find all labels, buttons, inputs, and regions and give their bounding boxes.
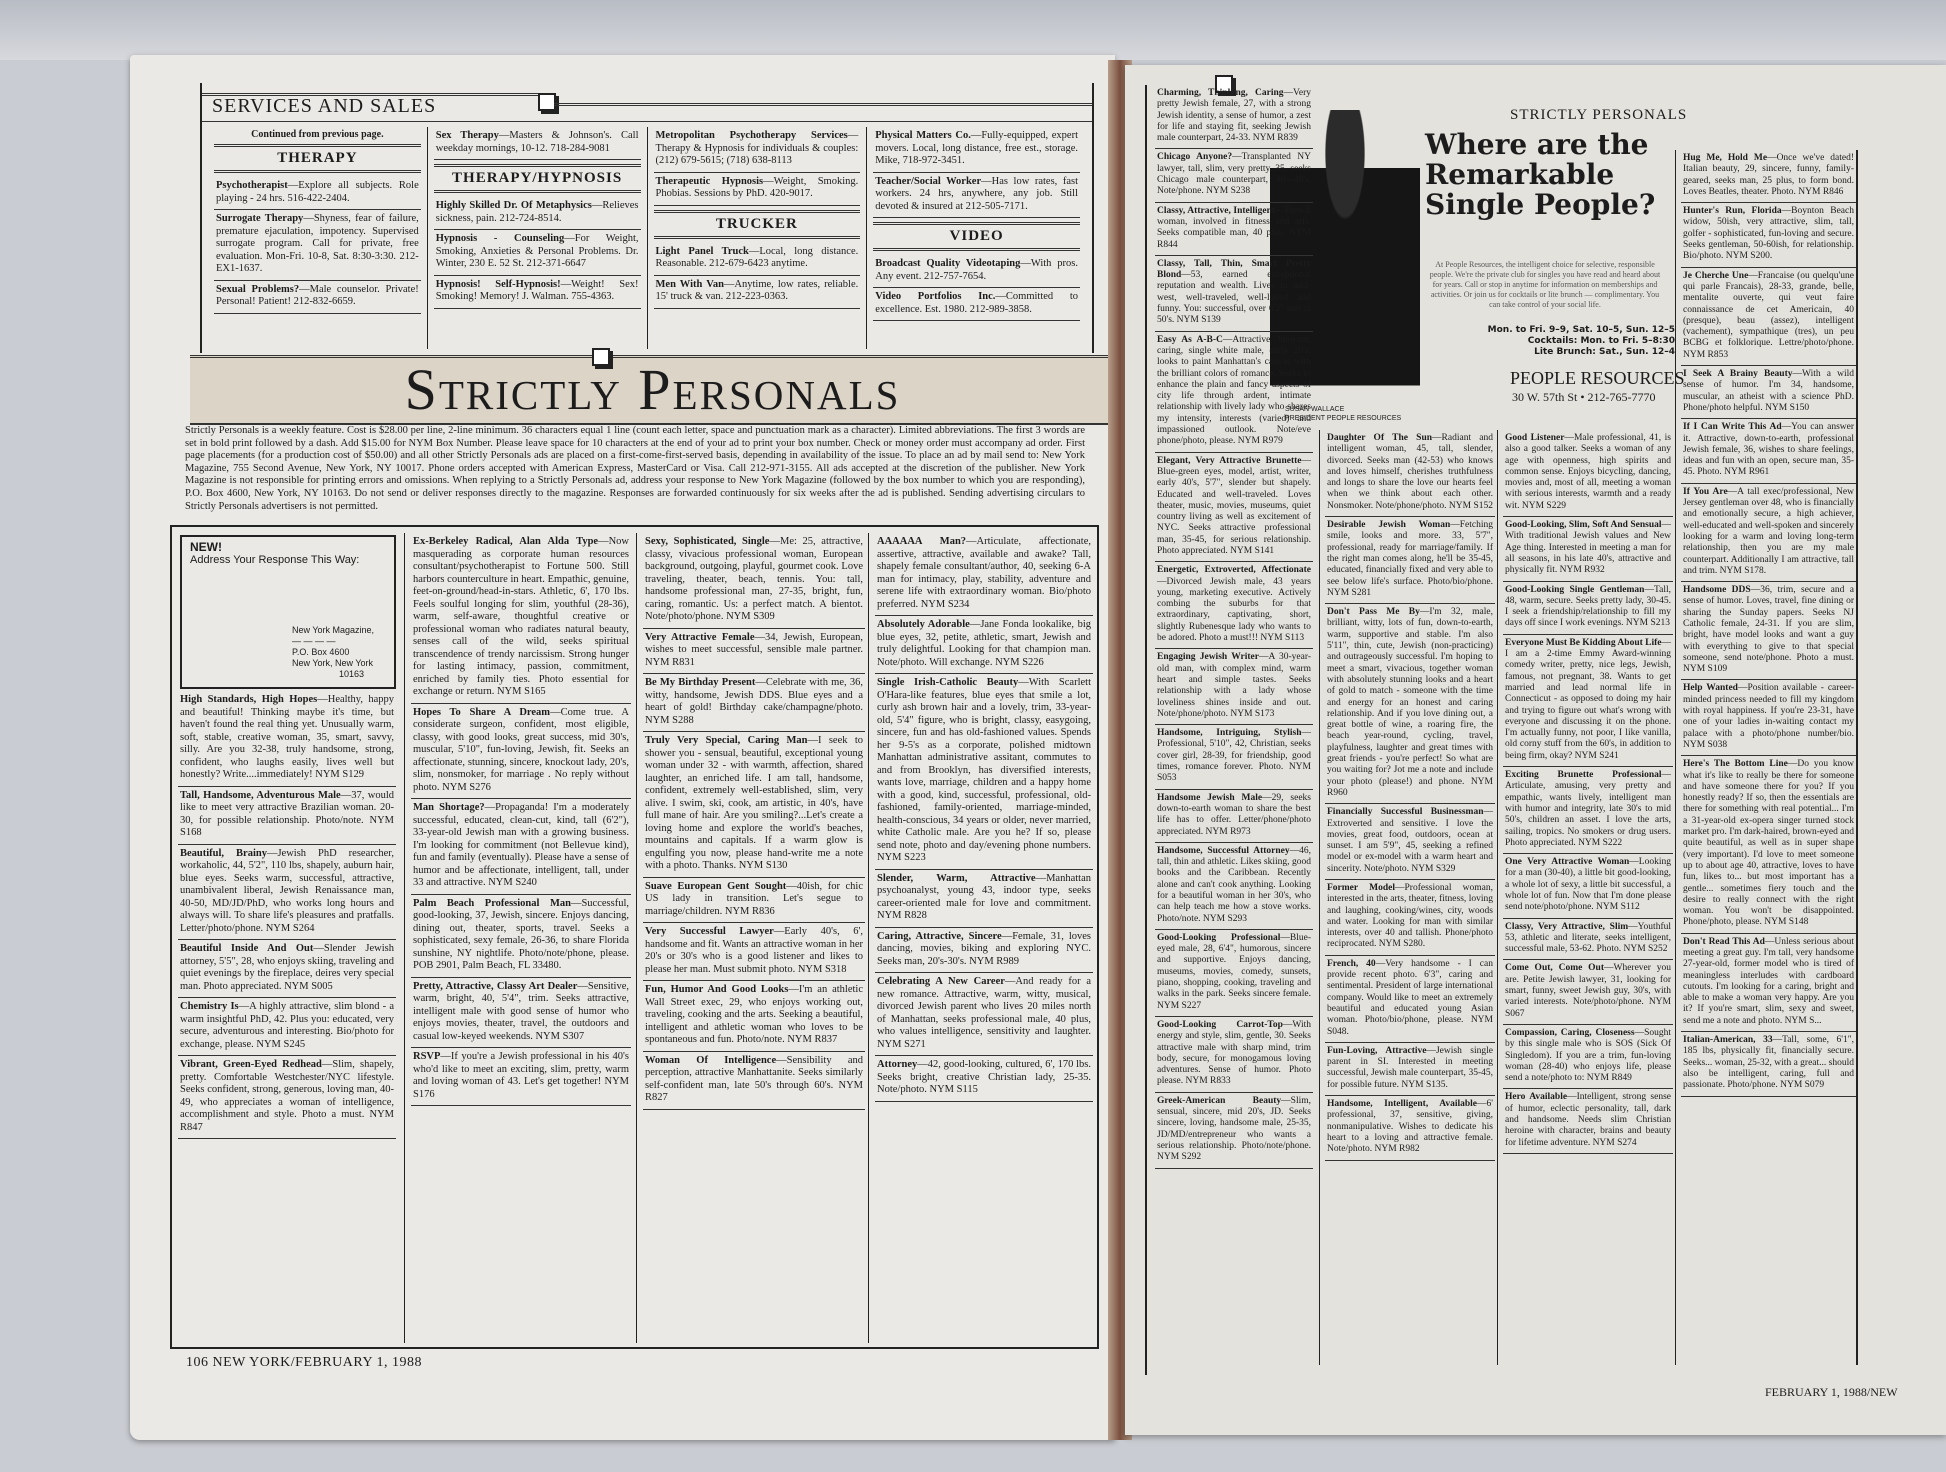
background-surface xyxy=(0,0,1946,60)
ad-body: Me: 25, attractive, classy, vivacious pr… xyxy=(645,536,863,622)
dash: — xyxy=(749,246,760,257)
services-frame: SERVICES AND SALES Continued from previo… xyxy=(200,83,1094,353)
ad-headline: Hug Me, Hold Me xyxy=(1683,153,1767,163)
personal-ad: Truly Very Special, Caring Man—I seek to… xyxy=(643,732,865,878)
personal-ad: Good-Looking Carrot-Top—With energy and … xyxy=(1155,1017,1313,1093)
intro-paragraph: Strictly Personals is a weekly feature. … xyxy=(185,425,1085,513)
ad-headline: Desirable Jewish Woman xyxy=(1327,520,1450,530)
listing-body: Therapy & Hypnosis for individuals & cou… xyxy=(656,143,859,167)
ad-body: Professional, 5'10", 42, Christian, seek… xyxy=(1157,739,1311,783)
ad-headline: Very Successful Lawyer xyxy=(645,926,774,937)
ad-headline: If I Can Write This Ad xyxy=(1683,422,1782,432)
listing-title: Highly Skilled Dr. Of Metaphysics xyxy=(436,200,592,211)
dash: — xyxy=(1302,456,1312,466)
ad-body: 46, tall, thin and athletic. Likes skiin… xyxy=(1157,846,1311,924)
ad-headline: Man Shortage? xyxy=(413,802,485,813)
dash: — xyxy=(561,279,572,290)
ad-headline: Single Irish-Catholic Beauty xyxy=(877,677,1018,688)
dash: — xyxy=(239,1001,250,1012)
ad-headline: Be My Birthday Present xyxy=(645,677,755,688)
dash: — xyxy=(1728,487,1738,497)
dash: — xyxy=(1662,770,1672,780)
personal-ad: Be My Birthday Present—Celebrate with me… xyxy=(643,674,865,732)
ad-body: Unless serious about meeting a great guy… xyxy=(1683,937,1854,1026)
services-listing: Broadcast Quality Videotaping—With pros.… xyxy=(873,255,1080,288)
listing-title: Metropolitan Psychotherapy Services xyxy=(656,130,848,141)
ad-headline: Celebrating A New Career xyxy=(877,976,1005,987)
services-listing: Highly Skilled Dr. Of Metaphysics—Reliev… xyxy=(434,197,641,230)
services-listing: Hypnosis! Self-Hypnosis!—Weight! Sex! Sm… xyxy=(434,276,641,309)
personal-ad: Exciting Brunette Professional—Articulat… xyxy=(1503,767,1673,854)
address-lines: New York Magazine, — — — — P.O. Box 4600… xyxy=(292,625,374,680)
personal-ad: One Very Attractive Woman—Looking for a … xyxy=(1503,854,1673,918)
personal-ad: Ex-Berkeley Radical, Alan Alda Type—Now … xyxy=(411,533,631,704)
personal-ad: Caring, Attractive, Sincere—Female, 31, … xyxy=(875,928,1093,974)
ad-body: And ready for a new romance. Attractive,… xyxy=(877,976,1091,1050)
ad-headline: Pretty, Attractive, Classy Art Dealer xyxy=(413,981,577,992)
ad-headline: Absolutely Adorable xyxy=(877,619,970,630)
listing-title: Psychotherapist xyxy=(216,180,288,191)
dash: — xyxy=(598,536,609,547)
section-box-icon xyxy=(538,93,556,111)
personal-ad: Absolutely Adorable—Jane Fonda lookalike… xyxy=(875,616,1093,674)
dash: — xyxy=(341,790,352,801)
dash: — xyxy=(1284,88,1294,98)
personals-column-1: High Standards, High Hopes—Healthy, happ… xyxy=(178,691,396,1343)
services-listing: Light Panel Truck—Local, long distance. … xyxy=(654,243,861,276)
dash: — xyxy=(1564,433,1574,443)
services-columns: Continued from previous page.THERAPYPsyc… xyxy=(208,127,1086,349)
personal-ad: Hero Available—Intelligent, strong sense… xyxy=(1503,1089,1673,1153)
dash: — xyxy=(970,619,981,630)
ad-body: Propaganda! I'm a moderately successful,… xyxy=(413,802,629,888)
personals-column-2: Ex-Berkeley Radical, Alan Alda Type—Now … xyxy=(404,533,631,1343)
dash: — xyxy=(786,881,797,892)
personal-ad: Sexy, Sophisticated, Single—Me: 25, attr… xyxy=(643,533,865,629)
ad-headline: Engaging Jewish Writer xyxy=(1157,652,1259,662)
ad-headline: Former Model xyxy=(1327,883,1395,893)
ad-body: Very handsome - I can provide recent pho… xyxy=(1327,959,1493,1037)
listing-title: Video Portfolios Inc. xyxy=(875,291,995,302)
listing-title: Light Panel Truck xyxy=(656,246,749,257)
personal-ad: Hopes To Share A Dream—Come true. A cons… xyxy=(411,704,631,800)
dash: — xyxy=(288,180,299,191)
dash: — xyxy=(769,536,780,547)
dash: — xyxy=(1376,959,1386,969)
ad-headline: RSVP xyxy=(413,1051,440,1062)
listing-title: Men With Van xyxy=(656,279,724,290)
personal-ad: I Seek A Brainy Beauty—With a wild sense… xyxy=(1681,366,1856,419)
dash: — xyxy=(1635,1028,1645,1038)
services-listing: Metropolitan Psychotherapy Services—Ther… xyxy=(654,127,861,173)
header-rule-right xyxy=(554,103,1092,106)
dash: — xyxy=(1432,433,1442,443)
dash: — xyxy=(1484,807,1494,817)
dash: — xyxy=(1628,922,1638,932)
dash: — xyxy=(788,984,799,995)
ad-body: Divorced Jewish male, 43 years young, ma… xyxy=(1157,577,1311,643)
ad-headline: Good-Looking Professional xyxy=(1157,933,1280,943)
personal-ad: Handsome, Intelligent, Available—6' prof… xyxy=(1325,1096,1495,1160)
right-personals-column-1: Charming, Thinking, Caring—Very pretty J… xyxy=(1155,85,1313,1365)
dash: — xyxy=(1450,520,1460,530)
ad-headline: AAAAAA Man? xyxy=(877,536,966,547)
ad-headline: Palm Beach Professional Man xyxy=(413,898,571,909)
address-line: New York, New York xyxy=(292,658,374,669)
personal-ad: Man Shortage?—Propaganda! I'm a moderate… xyxy=(411,799,631,895)
dash: — xyxy=(1002,931,1013,942)
dash: — xyxy=(1782,206,1792,216)
personal-ad: Help Wanted—Position available - career-… xyxy=(1681,680,1856,756)
dash: — xyxy=(1420,607,1430,617)
ad-headline: Fun, Humor And Good Looks xyxy=(645,984,788,995)
services-listing: Sexual Problems?—Male counselor. Private… xyxy=(214,281,421,314)
ad-body: I am a 2-time Emmy Award-winning comedy … xyxy=(1505,649,1671,761)
dash: — xyxy=(971,130,982,141)
new-label: NEW! xyxy=(190,540,386,554)
personal-ad: Fun, Humor And Good Looks—I'm an athleti… xyxy=(643,981,865,1052)
ad-body: I'm 32, male, brilliant, witty, lots of … xyxy=(1327,607,1493,798)
ad-body: Articulate, amusing, very pretty and emp… xyxy=(1505,781,1671,847)
personal-ad: AAAAAA Man?—Articulate, affectionate, as… xyxy=(875,533,1093,616)
listing-title: Sexual Problems? xyxy=(216,284,299,295)
ad-headline: Classy, Attractive, Intelligent xyxy=(1157,206,1275,216)
ad-headline: Suave European Gent Sought xyxy=(645,881,786,892)
ad-headline: Greek-American Beauty xyxy=(1157,1096,1281,1106)
personals-column-4: AAAAAA Man?—Articulate, affectionate, as… xyxy=(868,533,1093,1343)
ad-headline: Good-Looking Carrot-Top xyxy=(1157,1020,1283,1030)
personal-ad: Italian-American, 33—Tall, some, 6'1", 1… xyxy=(1681,1032,1856,1096)
ad-headline: Ex-Berkeley Radical, Alan Alda Type xyxy=(413,536,598,547)
dash: — xyxy=(995,291,1006,302)
dash: — xyxy=(1302,728,1312,738)
ad-headline: Slender, Warm, Attractive xyxy=(877,873,1036,884)
listing-title: Sex Therapy xyxy=(436,130,499,141)
ad-headline: French, 40 xyxy=(1327,959,1376,969)
dash: — xyxy=(755,632,766,643)
personal-ad: Engaging Jewish Writer—A 30-year-old man… xyxy=(1155,649,1313,725)
address-box: NEW! Address Your Response This Way: New… xyxy=(180,535,396,689)
ad-headline: Energetic, Extroverted, Affectionate xyxy=(1157,565,1311,575)
dash: — xyxy=(550,707,561,718)
dash: — xyxy=(440,1051,451,1062)
personal-ad: Classy, Tall, Thin, Smart Pretty Blond—5… xyxy=(1155,256,1313,332)
dash: — xyxy=(1020,258,1031,269)
address-line: — — — — xyxy=(292,636,374,647)
personal-ad: Financially Successful Businessman—Extro… xyxy=(1325,804,1495,880)
personal-ad: Elegant, Very Attractive Brunette—Blue-g… xyxy=(1155,453,1313,563)
page-footer: 106 NEW YORK/FEBRUARY 1, 1988 xyxy=(186,1355,422,1371)
address-line: P.O. Box 4600 xyxy=(292,647,374,658)
ad-body: Jewish PhD researcher, workaholic, 44, 5… xyxy=(180,848,394,934)
personal-ad: Beautiful, Brainy—Jewish PhD researcher,… xyxy=(178,845,396,941)
ad-headline: Everyone Must Be Kidding About Life xyxy=(1505,638,1662,648)
left-page: SERVICES AND SALES Continued from previo… xyxy=(130,55,1115,1440)
ad-headline: Very Attractive Female xyxy=(645,632,755,643)
dash: — xyxy=(1793,369,1803,379)
personal-ad: Tall, Handsome, Adventurous Male—37, wou… xyxy=(178,787,396,845)
dash: — xyxy=(1773,1035,1783,1045)
ad-headline: If You Are xyxy=(1683,487,1728,497)
dash: — xyxy=(564,233,575,244)
services-column: Sex Therapy—Masters & Johnson's. Call we… xyxy=(427,127,647,349)
listing-title: Hypnosis! Self-Hypnosis! xyxy=(436,279,561,290)
listing-title: Teacher/Social Worker xyxy=(875,176,981,187)
ad-headline: Classy, Very Attractive, Slim xyxy=(1505,922,1628,932)
personal-ad: Hug Me, Hold Me—Once we've dated! Italia… xyxy=(1681,150,1856,203)
ad-headline: Exciting Brunette Professional xyxy=(1505,770,1662,780)
ad-headline: Italian-American, 33 xyxy=(1683,1035,1773,1045)
ad-body: Blue-eyed male, 28, 6'4", humorous, sinc… xyxy=(1157,933,1311,1011)
ad-body: Extroverted and sensitive. I love the mo… xyxy=(1327,819,1493,874)
personal-ad: Good-Looking Single Gentleman—Tall, 48, … xyxy=(1503,582,1673,635)
personal-ad: High Standards, High Hopes—Healthy, happ… xyxy=(178,691,396,787)
personal-ad: Very Successful Lawyer—Early 40's, 6', h… xyxy=(643,923,865,981)
personal-ad: Easy As A-B-C—Attractive, buoyant, carin… xyxy=(1155,332,1313,453)
dash: — xyxy=(1036,873,1047,884)
ad-headline: Good Listener xyxy=(1505,433,1564,443)
personal-ad: Chicago Anyone?—Transplanted NY lawyer, … xyxy=(1155,149,1313,202)
dash: — xyxy=(1005,976,1016,987)
services-category-heading: VIDEO xyxy=(873,222,1080,251)
dash: — xyxy=(763,176,774,187)
dash: — xyxy=(1157,577,1167,587)
ad-headline: Charming, Thinking, Caring xyxy=(1157,88,1284,98)
personal-ad: Attorney—42, good-looking, cultured, 6',… xyxy=(875,1056,1093,1102)
personal-ad: Woman Of Intelligence—Sensibility and pe… xyxy=(643,1052,865,1110)
ad-body: Male professional, 41, is also a good ta… xyxy=(1505,433,1671,511)
right-personals-column-4: Hug Me, Hold Me—Once we've dated! Italia… xyxy=(1675,150,1858,1365)
personal-ad: Classy, Very Attractive, Slim—Youthful 5… xyxy=(1503,919,1673,961)
personal-ad: Handsome Jewish Male—29, seeks down-to-e… xyxy=(1155,790,1313,843)
dash: — xyxy=(1788,759,1798,769)
right-page: STRICTLY PERSONALS SUSAN WALLACE PRESIDE… xyxy=(1125,65,1946,1435)
dash: — xyxy=(1782,422,1792,432)
ad-headline: Come Out, Come Out xyxy=(1505,963,1604,973)
personal-ad: Celebrating A New Career—And ready for a… xyxy=(875,973,1093,1056)
services-listing: Sex Therapy—Masters & Johnson's. Call we… xyxy=(434,127,641,160)
dash: — xyxy=(577,981,588,992)
personal-ad: Greek-American Beauty—Slim, sensual, sin… xyxy=(1155,1093,1313,1169)
ad-headline: Daughter Of The Sun xyxy=(1327,433,1432,443)
ad-headline: Elegant, Very Attractive Brunette xyxy=(1157,456,1302,466)
dash: — xyxy=(267,848,278,859)
personal-ad: Suave European Gent Sought—40ish, for ch… xyxy=(643,878,865,924)
address-line: 10163 xyxy=(292,669,374,680)
ad-body: Now masquerading as corporate human reso… xyxy=(413,536,629,697)
personal-ad: Slender, Warm, Attractive—Manhattan psyc… xyxy=(875,870,1093,928)
personal-ad: If I Can Write This Ad—You can answer it… xyxy=(1681,419,1856,483)
ad-body: With traditional Jewish values and New A… xyxy=(1505,531,1671,575)
services-listing: Psychotherapist—Explore all subjects. Ro… xyxy=(214,177,421,210)
dash: — xyxy=(1426,1046,1436,1056)
ad-headline: Vibrant, Green-Eyed Redhead xyxy=(180,1059,322,1070)
ad-headline: Compassion, Caring, Closeness xyxy=(1505,1028,1635,1038)
services-listing: Teacher/Social Worker—Has low rates, fas… xyxy=(873,173,1080,219)
listing-title: Therapeutic Hypnosis xyxy=(656,176,764,187)
personal-ad: Desirable Jewish Woman—Fetching smile, l… xyxy=(1325,517,1495,604)
personal-ad: French, 40—Very handsome - I can provide… xyxy=(1325,956,1495,1043)
ad-body: Blue-green eyes, model, artist, writer, … xyxy=(1157,467,1311,556)
ad-headline: Easy As A-B-C xyxy=(1157,335,1223,345)
dash: — xyxy=(1765,937,1775,947)
dash: — xyxy=(1280,933,1290,943)
ad-headline: Help Wanted xyxy=(1683,683,1738,693)
address-line: New York Magazine, xyxy=(292,625,374,636)
ad-headline: Woman Of Intelligence xyxy=(645,1055,776,1066)
personal-ad: Former Model—Professional woman, interes… xyxy=(1325,880,1495,956)
ad-body: A tall exec/professional, New Jersey gen… xyxy=(1683,487,1854,576)
ad-headline: One Very Attractive Woman xyxy=(1505,857,1629,867)
ad-headline: Good-Looking Single Gentleman xyxy=(1505,585,1644,595)
dash: — xyxy=(1181,270,1191,280)
personals-column-3: Sexy, Sophisticated, Single—Me: 25, attr… xyxy=(636,533,865,1343)
personals-frame: NEW! Address Your Response This Way: New… xyxy=(170,525,1099,1349)
dash: — xyxy=(774,926,785,937)
services-column: Metropolitan Psychotherapy Services—Ther… xyxy=(647,127,867,349)
personal-ad: Daughter Of The Sun—Radiant and intellig… xyxy=(1325,430,1495,517)
services-listing: Therapeutic Hypnosis—Weight, Smoking. Ph… xyxy=(654,173,861,206)
listing-title: Surrogate Therapy xyxy=(216,213,303,224)
personal-ad: Handsome DDS—36, trim, secure and a sens… xyxy=(1681,582,1856,680)
ad-headline: Caring, Attractive, Sincere xyxy=(877,931,1002,942)
personal-ad: Here's The Bottom Line—Do you know what … xyxy=(1681,756,1856,933)
address-instruction: Address Your Response This Way: xyxy=(190,554,386,566)
ad-headline: Handsome, Intriguing, Stylish xyxy=(1157,728,1302,738)
dash: — xyxy=(1283,1020,1293,1030)
dash: — xyxy=(1477,1099,1487,1109)
services-section-header: SERVICES AND SALES xyxy=(212,95,436,118)
dash: — xyxy=(1567,1092,1577,1102)
listing-title: Broadcast Quality Videotaping xyxy=(875,258,1020,269)
personal-ad: Handsome, Successful Attorney—46, tall, … xyxy=(1155,843,1313,930)
ad-headline: High Standards, High Hopes xyxy=(180,694,317,705)
ad-body: I seek to shower you - sensual, beautifu… xyxy=(645,735,863,871)
personal-ad: Single Irish-Catholic Beauty—With Scarle… xyxy=(875,674,1093,870)
dash: — xyxy=(917,1059,928,1070)
ad-body: 36, trim, secure and a sense of humor. L… xyxy=(1683,585,1854,674)
ad-headline: Chicago Anyone? xyxy=(1157,152,1232,162)
personal-ad: Handsome, Intriguing, Stylish—Profession… xyxy=(1155,725,1313,789)
ad-body: Healthy, happy and beautiful! Thinking m… xyxy=(180,694,394,780)
dash: — xyxy=(303,213,314,224)
ad-headline: Beautiful, Brainy xyxy=(180,848,267,859)
dash: — xyxy=(848,130,859,141)
dash: — xyxy=(1748,271,1758,281)
header-rule xyxy=(202,93,540,96)
personal-ad: Compassion, Caring, Closeness—Sought by … xyxy=(1503,1025,1673,1089)
personal-ad: Classy, Attractive, Intelligent—French w… xyxy=(1155,203,1313,256)
dash: — xyxy=(776,1055,787,1066)
services-category-heading: THERAPY xyxy=(214,144,421,173)
right-personals-frame: Charming, Thinking, Caring—Very pretty J… xyxy=(1145,85,1946,1375)
ad-headline: Don't Pass Me By xyxy=(1327,607,1420,617)
dash: — xyxy=(807,735,818,746)
personal-ad: Palm Beach Professional Man—Successful, … xyxy=(411,895,631,978)
ad-headline: Hopes To Share A Dream xyxy=(413,707,550,718)
ad-headline: Sexy, Sophisticated, Single xyxy=(645,536,769,547)
services-listing: Surrogate Therapy—Shyness, fear of failu… xyxy=(214,210,421,281)
ad-headline: Je Cherche Une xyxy=(1683,271,1748,281)
dash: — xyxy=(1290,846,1300,856)
dash: — xyxy=(1223,335,1233,345)
dash: — xyxy=(1751,585,1761,595)
strictly-personals-banner: Strictly Personals xyxy=(190,355,1115,425)
personal-ad: Good-Looking, Slim, Soft And Sensual—Wit… xyxy=(1503,517,1673,581)
personal-ad: Hunter's Run, Florida—Boynton Beach wido… xyxy=(1681,203,1856,267)
ad-headline: Good-Looking, Slim, Soft And Sensual xyxy=(1505,520,1662,530)
ad-body: Articulate, affectionate, assertive, att… xyxy=(877,536,1091,610)
ad-headline: Fun-Loving, Attractive xyxy=(1327,1046,1426,1056)
ad-headline: Financially Successful Businessman xyxy=(1327,807,1484,817)
services-listing: Hypnosis - Counseling—For Weight, Smokin… xyxy=(434,230,641,276)
ad-headline: Handsome, Successful Attorney xyxy=(1157,846,1290,856)
ad-body: Fetching smile, looks and more. 33, 5'7"… xyxy=(1327,520,1493,598)
ad-body: With Scarlett O'Hara-like features, blue… xyxy=(877,677,1091,863)
services-listing: Video Portfolios Inc.—Committed to excel… xyxy=(873,288,1080,321)
ad-body: Slim, shapely, pretty. Comfortable Westc… xyxy=(180,1059,394,1133)
page-footer: FEBRUARY 1, 1988/NEW xyxy=(1765,1385,1898,1400)
dash: — xyxy=(755,677,766,688)
dash: — xyxy=(299,284,310,295)
personal-ad: Come Out, Come Out—Wherever you are. Pet… xyxy=(1503,960,1673,1024)
personal-ad: Pretty, Attractive, Classy Art Dealer—Se… xyxy=(411,978,631,1049)
personal-ad: Beautiful Inside And Out—Slender Jewish … xyxy=(178,940,396,998)
personal-ad: Don't Read This Ad—Unless serious about … xyxy=(1681,934,1856,1032)
dash: — xyxy=(966,536,977,547)
personal-ad: Chemistry Is—A highly attractive, slim b… xyxy=(178,998,396,1056)
ad-headline: Chemistry Is xyxy=(180,1001,239,1012)
personal-ad: Fun-Loving, Attractive—Jewish single par… xyxy=(1325,1043,1495,1096)
ad-headline: I Seek A Brainy Beauty xyxy=(1683,369,1793,379)
ad-headline: Handsome, Intelligent, Available xyxy=(1327,1099,1477,1109)
dash: — xyxy=(485,802,496,813)
dash: — xyxy=(1232,152,1242,162)
dash: — xyxy=(1767,153,1777,163)
dash: — xyxy=(1281,1096,1291,1106)
dash: — xyxy=(1262,793,1272,803)
dash: — xyxy=(1662,638,1672,648)
personal-ad: Everyone Must Be Kidding About Life—I am… xyxy=(1503,635,1673,767)
listing-title: Hypnosis - Counseling xyxy=(436,233,564,244)
listing-title: Physical Matters Co. xyxy=(875,130,971,141)
ad-headline: Hero Available xyxy=(1505,1092,1567,1102)
continued-note: Continued from previous page. xyxy=(214,129,421,140)
ad-body: Attractive, buoyant, caring, single whit… xyxy=(1157,335,1311,447)
personal-ad: Charming, Thinking, Caring—Very pretty J… xyxy=(1155,85,1313,149)
ad-headline: Here's The Bottom Line xyxy=(1683,759,1788,769)
dash: — xyxy=(1395,883,1405,893)
dash: — xyxy=(1629,857,1639,867)
dash: — xyxy=(317,694,328,705)
right-personals-column-3: Good Listener—Male professional, 41, is … xyxy=(1497,430,1673,1365)
dash: — xyxy=(1275,206,1285,216)
services-column: Continued from previous page.THERAPYPsyc… xyxy=(208,127,427,349)
ad-headline: Don't Read This Ad xyxy=(1683,937,1765,947)
services-listing: Men With Van—Anytime, low rates, reliabl… xyxy=(654,276,861,309)
personal-ad: If You Are—A tall exec/professional, New… xyxy=(1681,484,1856,582)
personal-ad: Energetic, Extroverted, Affectionate—Div… xyxy=(1155,562,1313,649)
dash: — xyxy=(724,279,735,290)
dash: — xyxy=(1644,585,1654,595)
right-personals-column-2: Daughter Of The Sun—Radiant and intellig… xyxy=(1319,430,1495,1365)
personal-ad: Je Cherche Une—Francaise (ou quelqu'une … xyxy=(1681,268,1856,366)
dash: — xyxy=(981,176,992,187)
ad-headline: Beautiful Inside And Out xyxy=(180,943,313,954)
personal-ad: Good-Looking Professional—Blue-eyed male… xyxy=(1155,930,1313,1017)
dash: — xyxy=(592,200,603,211)
dash: — xyxy=(313,943,324,954)
